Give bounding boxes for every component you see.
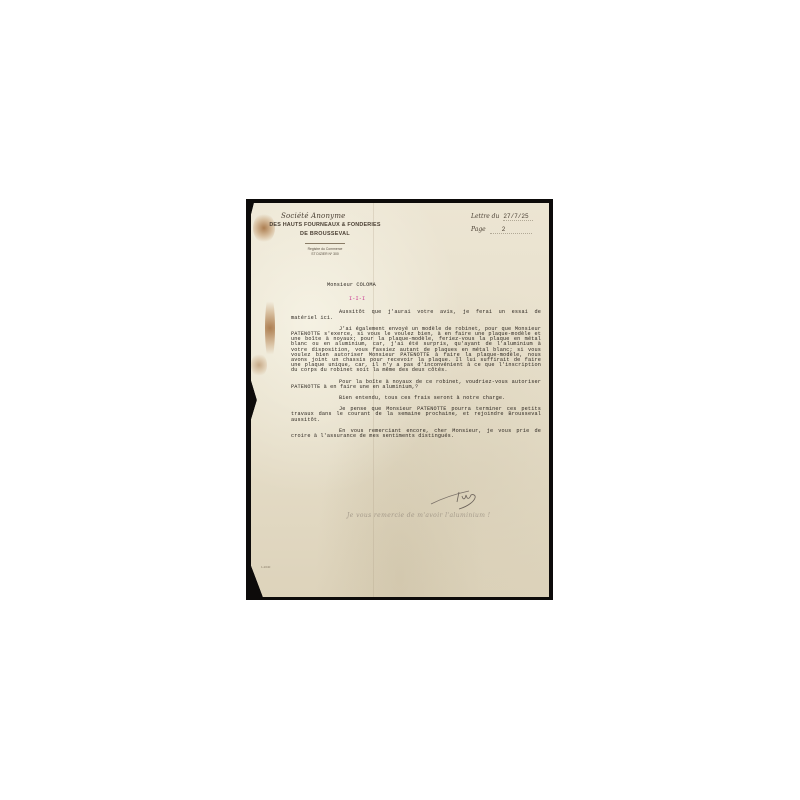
paragraph: J'ai également envoyé un modèle de robin… (291, 327, 541, 374)
letterhead-place: DE BROUSSEVAL (265, 231, 385, 237)
paragraph: Pour la boîte à noyaux de ce robinet, vo… (291, 380, 541, 390)
letterhead-script-title: Société Anonyme (281, 212, 385, 220)
printer-mark: 1-2040 (261, 565, 270, 569)
page-label: Page (471, 226, 486, 233)
registry-line-2: ST DIZIER Nº 300 (265, 252, 385, 257)
letter-page: Société Anonyme DES HAUTS FOURNEAUX & FO… (251, 203, 549, 597)
paragraph: Je pense que Monsieur PATENOTTE pourra t… (291, 407, 541, 423)
salutation: Monsieur COLOMA (327, 283, 541, 288)
page-row: Page 2 (471, 226, 541, 234)
reference-mark: I-I-I (349, 297, 541, 302)
handwritten-note: Je vous remercie de m'avoir l'aluminium … (347, 512, 537, 519)
letter-body: Monsieur COLOMA I-I-I Aussitôt que j'aur… (291, 283, 541, 445)
rust-stain (251, 353, 267, 377)
paragraph: En vous remerciant encore, cher Monsieur… (291, 429, 541, 439)
handwritten-signature (429, 486, 489, 510)
rust-stain (265, 293, 275, 363)
letterhead-divider (305, 243, 345, 244)
letter-date: 27/7/25 (503, 213, 533, 221)
letterhead-company: DES HAUTS FOURNEAUX & FONDERIES (265, 222, 385, 228)
letterhead: Société Anonyme DES HAUTS FOURNEAUX & FO… (265, 212, 385, 257)
letter-reference: Lettre du 27/7/25 Page 2 (471, 213, 541, 239)
letter-date-label: Lettre du (471, 213, 499, 220)
paragraph: Aussitôt que j'aurai votre avis, je fera… (291, 310, 541, 320)
letter-date-row: Lettre du 27/7/25 (471, 213, 541, 221)
paragraph: Bien entendu, tous ces frais seront à no… (291, 396, 541, 401)
page-number: 2 (490, 226, 532, 234)
